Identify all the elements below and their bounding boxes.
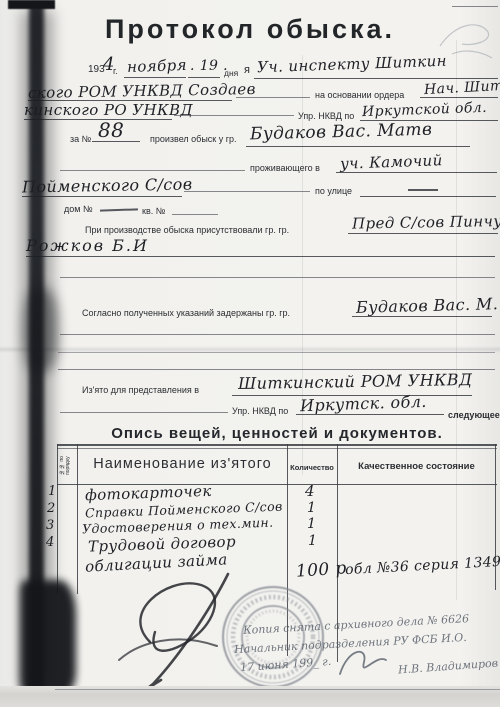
form-line — [60, 277, 495, 278]
residing-label: проживающего в — [250, 163, 320, 173]
archive-note-signature-name: Н.В. Владимиров — [398, 657, 499, 677]
day-label: дня — [224, 68, 238, 78]
form-line — [254, 78, 498, 79]
flat-number-label: кв. № — [142, 206, 165, 216]
nkvd-admin-label-2: Упр. НКВД по — [232, 406, 288, 416]
scanned-search-protocol-document: Протокол обыска. 193 4 г. ноября . 19 . … — [0, 0, 500, 707]
item-state-handwritten: обл №36 серия 1349 — [345, 554, 500, 578]
fold-crease-vertical — [456, 40, 457, 600]
street-label: по улице — [315, 186, 352, 196]
archive-note-paraph — [322, 640, 392, 685]
form-line — [60, 412, 228, 413]
day-handwritten: . 19 . — [190, 58, 228, 74]
residence-handwritten: уч. Камочий — [340, 151, 443, 173]
inventory-title: Опись вещей, ценностей и документов. — [57, 425, 497, 442]
table-border-left — [57, 444, 58, 594]
scan-dark-blob — [24, 288, 58, 372]
search-of-citizen-label: произвел обыск у гр. — [150, 134, 237, 144]
seized-for-label: Из'ято для представления в — [82, 385, 199, 395]
form-line — [296, 414, 444, 415]
scan-dark-blob-bottom — [20, 580, 76, 694]
ya-label: я — [244, 64, 250, 76]
table-header-name: Наименование из'ятого — [80, 456, 285, 472]
form-line — [420, 97, 498, 98]
order-handwritten: Нач. Шит — [424, 78, 500, 98]
form-line — [246, 146, 470, 147]
officer-handwritten-2: ского РОМ УНКВД Создаев — [28, 80, 256, 102]
round-stamp-seal — [213, 577, 333, 697]
table-header-state: Качественное состояние — [340, 461, 493, 472]
form-line — [172, 214, 218, 215]
form-line — [58, 352, 495, 353]
following-label: следующее: — [448, 410, 500, 420]
form-line — [236, 97, 310, 98]
scan-black-edge-top — [8, 0, 55, 9]
warrant-number-handwritten: 88 — [98, 118, 124, 142]
form-line — [60, 170, 245, 171]
form-line — [360, 196, 496, 197]
nkvd-region-handwritten: Иркутской обл. — [362, 100, 487, 120]
form-line — [352, 316, 492, 317]
detained-person-handwritten: Будаков Вас. М. — [356, 294, 499, 317]
table-header-index: №№ по порядку — [59, 449, 76, 483]
order-basis-label: на основании ордера — [315, 90, 404, 100]
item-qty-handwritten: 1 — [307, 516, 316, 532]
house-number-label: дом № — [64, 204, 93, 214]
month-handwritten: ноября — [127, 56, 188, 76]
item-qty-handwritten: 1 — [308, 533, 317, 549]
form-line — [336, 172, 497, 173]
form-line — [184, 191, 310, 192]
form-line — [188, 77, 220, 78]
item-qty-handwritten: 1 — [307, 500, 316, 516]
nkvd-admin-label: Упр. НКВД по — [298, 111, 354, 121]
form-line — [174, 115, 294, 116]
form-line — [348, 233, 498, 234]
table-border-top — [57, 444, 497, 446]
table-border-top-inner — [57, 448, 497, 449]
form-line — [26, 256, 495, 257]
form-line — [124, 77, 186, 78]
searched-person-handwritten: Будаков Вас. Матв — [250, 120, 433, 145]
seized-destination-handwritten: Шиткинский РОМ УНКВД — [238, 370, 473, 393]
document-title: Протокол обыска. — [0, 14, 500, 45]
item-qty-handwritten: 4 — [305, 482, 315, 500]
warrant-number-label: за № — [70, 134, 91, 144]
blank-dash-handwritten — [100, 208, 138, 211]
paper-bottom-fold-line — [55, 689, 500, 690]
table-column-rule — [77, 444, 78, 594]
year-suffix-label: г. — [113, 66, 118, 76]
officer-handwritten: Уч. инспекту Шиткин — [257, 52, 447, 77]
form-line — [92, 141, 140, 142]
table-header-qty: Количество — [289, 463, 335, 472]
form-line — [60, 334, 495, 335]
nkvd-region-handwritten-2: Иркутск. обл. — [300, 392, 427, 415]
detained-label: Согласно полученных указаний задержаны г… — [82, 308, 290, 318]
blank-dash-handwritten — [408, 189, 438, 191]
paper-edge-mark — [452, 6, 498, 7]
witnesses-label: При производстве обыска присутствовали г… — [85, 225, 289, 235]
witness-1-handwritten: Пред С/сов Пинчук М. — [352, 211, 500, 232]
